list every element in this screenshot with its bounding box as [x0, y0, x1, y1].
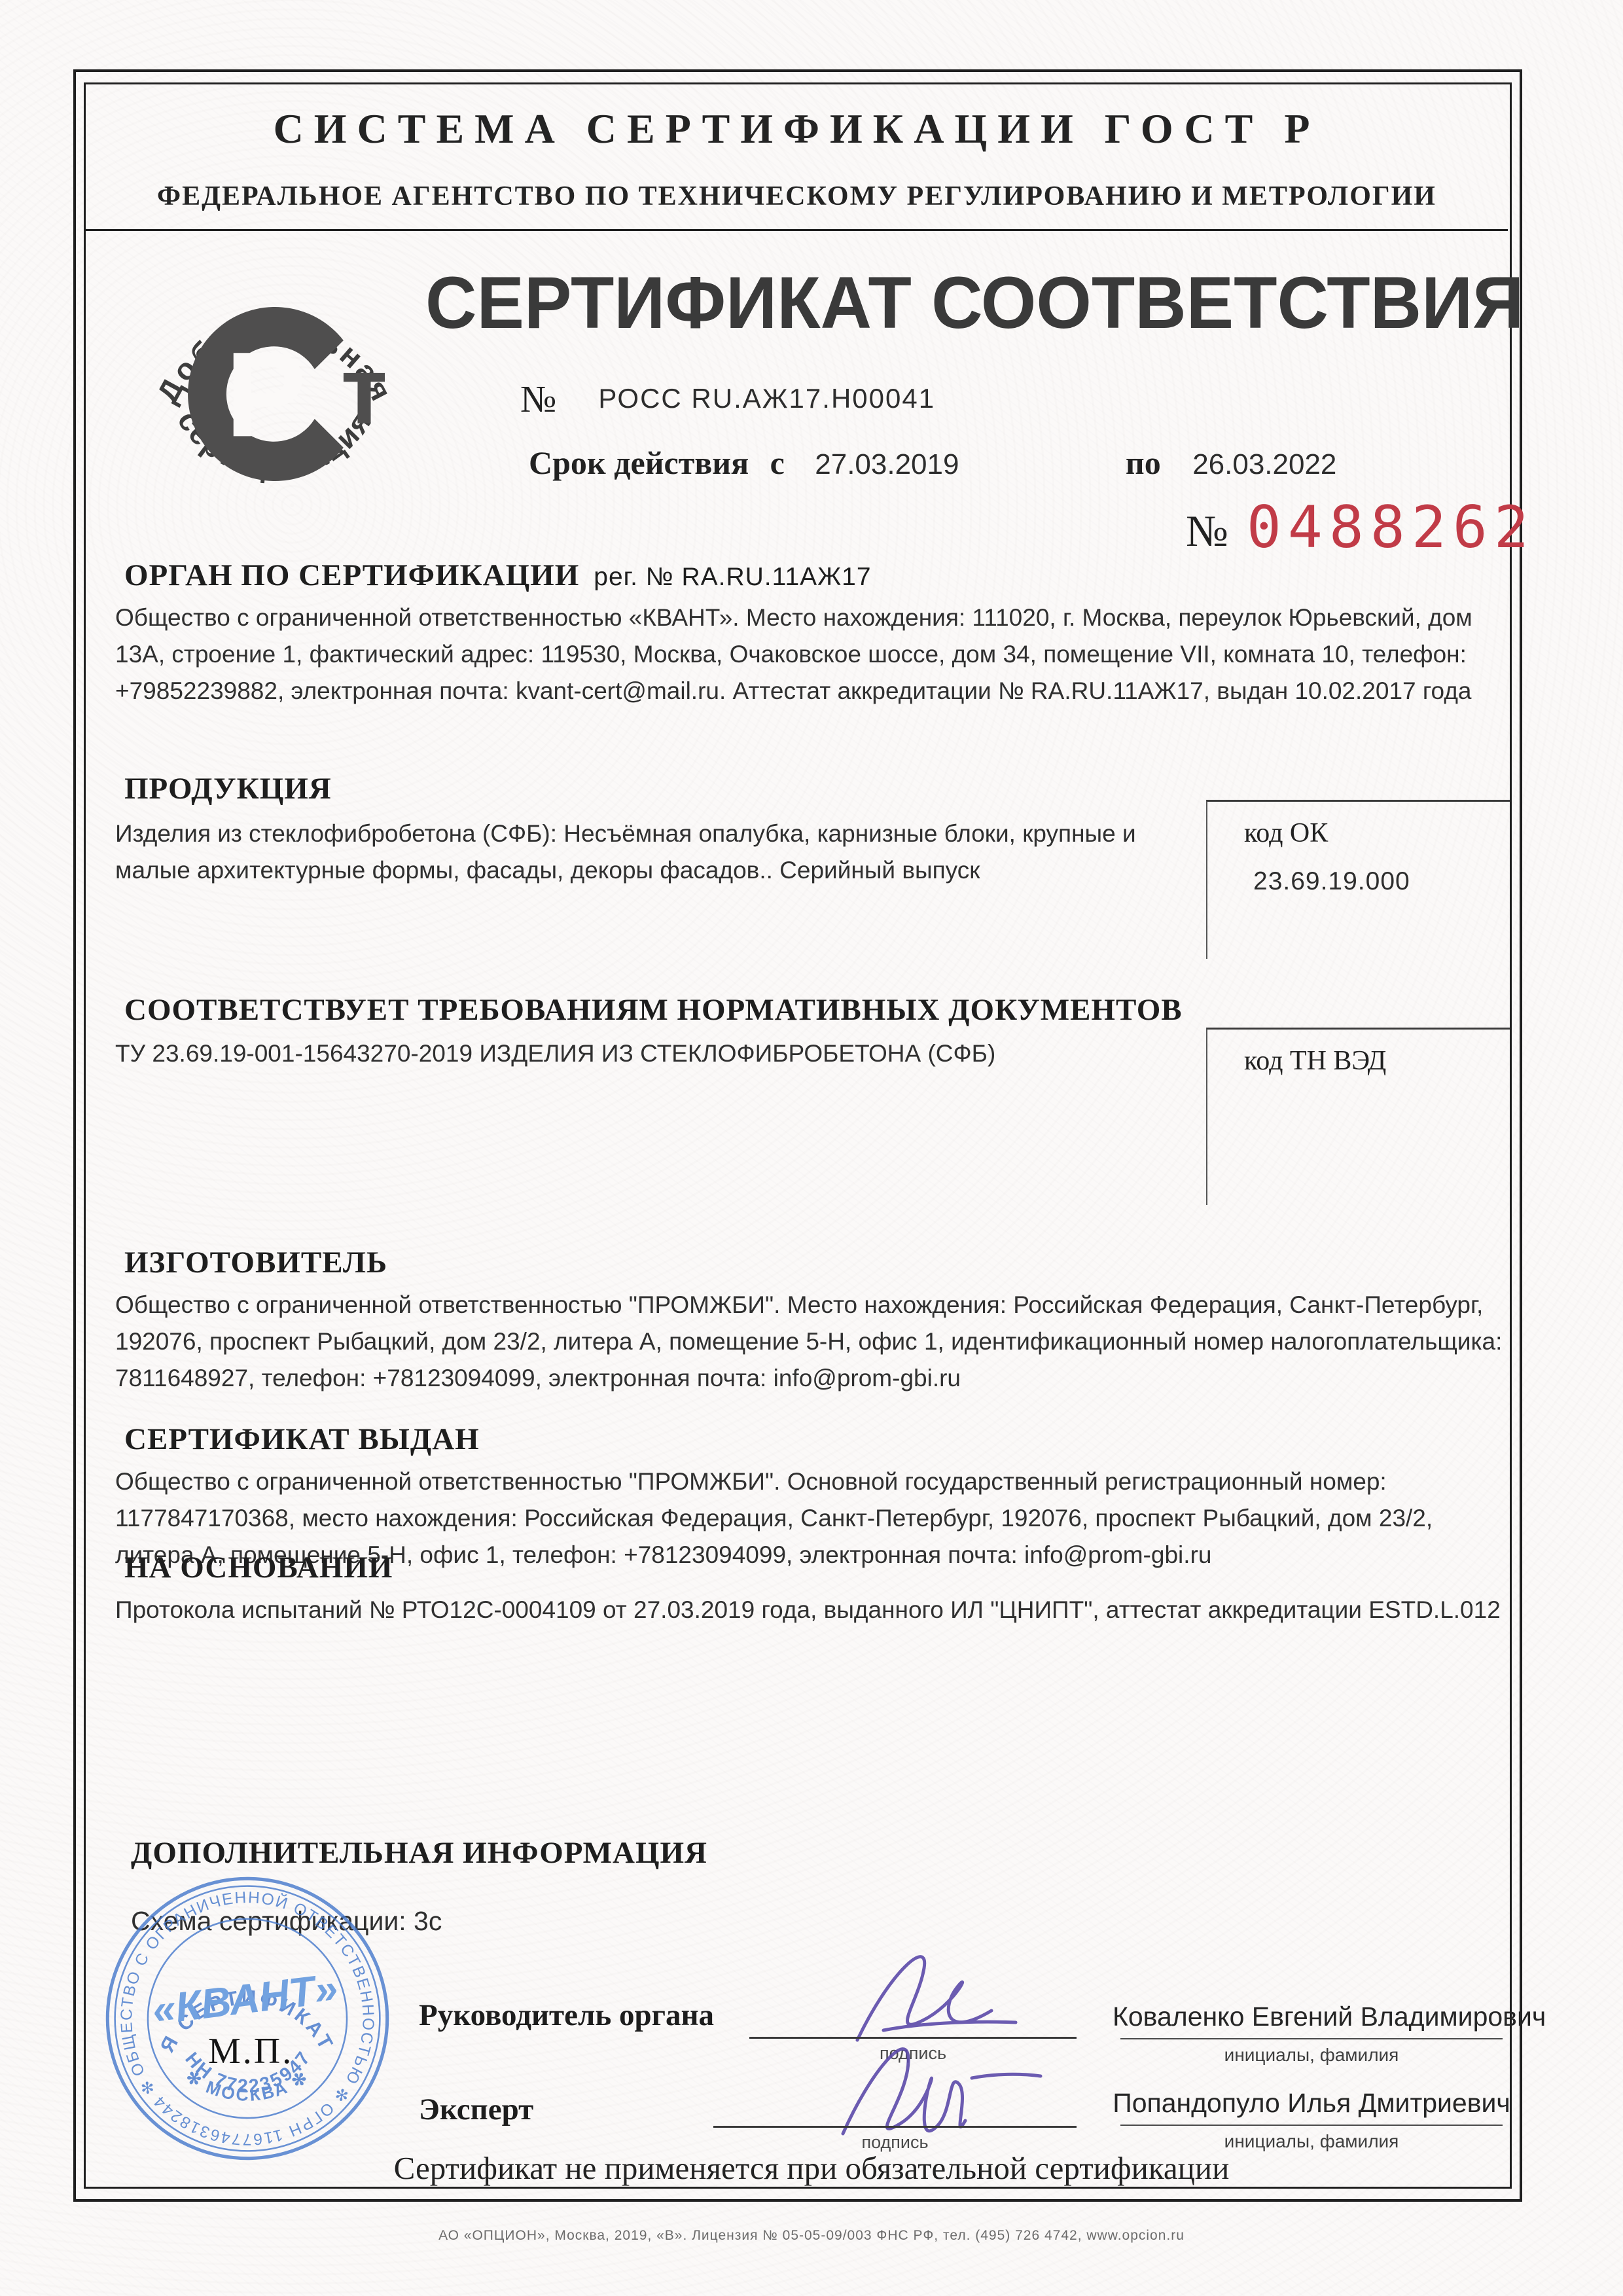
compliance-section-text: ТУ 23.69.19-001-15643270-2019 ИЗДЕЛИЯ ИЗ…	[115, 1035, 1195, 1072]
mp-seal-placeholder: М.П.	[208, 2030, 293, 2072]
code-tnved-box: код ТН ВЭД	[1206, 1028, 1510, 1205]
validity-to-label: по	[1126, 444, 1161, 481]
code-ok-value: 23.69.19.000	[1207, 849, 1510, 896]
rst-letter-p: Р	[225, 327, 306, 462]
agency-title: ФЕДЕРАЛЬНОЕ АГЕНТСТВО ПО ТЕХНИЧЕСКОМУ РЕ…	[86, 181, 1508, 212]
expert-role-label: Эксперт	[419, 2092, 533, 2127]
head-name-caption: инициалы, фамилия	[1120, 2045, 1503, 2066]
blank-number-row: №0488262	[1186, 492, 1535, 560]
basis-section-text: Протокола испытаний № РТО12С-0004109 от …	[115, 1592, 1504, 1628]
basis-section-heading: НА ОСНОВАНИИ	[124, 1550, 393, 1585]
kvant-round-stamp: ОБЩЕСТВО С ОГРАНИЧЕННОЙ ОТВЕТСТВЕННОСТЬЮ…	[99, 1871, 395, 2166]
validity-to-date: 26.03.2022	[1192, 448, 1336, 480]
certificate-number-row: №РОСС RU.АЖ17.Н00041	[520, 377, 935, 421]
validity-from-label: с	[770, 444, 785, 481]
product-section-text: Изделия из стеклофибробетона (СФБ): Несъ…	[115, 816, 1195, 889]
header-divider	[86, 229, 1508, 231]
product-section-heading: ПРОДУКЦИЯ	[124, 771, 332, 806]
validity-from-date: 27.03.2019	[815, 448, 959, 480]
code-ok-label: код ОК	[1207, 802, 1510, 849]
manufacturer-section-text: Общество с ограниченной ответственностью…	[115, 1287, 1504, 1397]
issued-section-heading: СЕРТИФИКАТ ВЫДАН	[124, 1422, 480, 1457]
certificate-number: РОСС RU.АЖ17.Н00041	[598, 383, 935, 414]
org-heading-text: ОРГАН ПО СЕРТИФИКАЦИИ	[124, 558, 579, 592]
org-reg-number: рег. № RA.RU.11АЖ17	[594, 563, 871, 591]
org-section-text: Общество с ограниченной ответственностью…	[115, 600, 1504, 710]
manufacturer-section-heading: ИЗГОТОВИТЕЛЬ	[124, 1245, 387, 1280]
additional-section-heading: ДОПОЛНИТЕЛЬНАЯ ИНФОРМАЦИЯ	[131, 1835, 707, 1871]
head-name-line	[1120, 2038, 1503, 2039]
expert-name-line	[1120, 2125, 1503, 2126]
system-title: СИСТЕМА СЕРТИФИКАЦИИ ГОСТ Р	[86, 105, 1508, 153]
validity-label: Срок действия	[529, 444, 749, 481]
compliance-section-heading: СООТВЕТСТВУЕТ ТРЕБОВАНИЯМ НОРМАТИВНЫХ ДО…	[124, 992, 1183, 1028]
code-ok-box: код ОК 23.69.19.000	[1206, 800, 1510, 959]
number-sign: №	[520, 378, 556, 420]
head-name: Коваленко Евгений Владимирович	[1113, 2001, 1510, 2032]
code-tnved-label: код ТН ВЭД	[1207, 1030, 1510, 1077]
expert-signature-line	[713, 2126, 1077, 2128]
certificate-title: СЕРТИФИКАТ СООТВЕТСТВИЯ	[425, 260, 1467, 345]
blank-number-sign: №	[1186, 506, 1228, 556]
rst-letter-t: т	[341, 337, 387, 444]
org-section-heading: ОРГАН ПО СЕРТИФИКАЦИИрег. № RA.RU.11АЖ17	[124, 558, 872, 593]
head-role-label: Руководитель органа	[419, 1998, 714, 2033]
expert-name: Попандопуло Илья Дмитриевич	[1113, 2088, 1510, 2119]
printer-imprint: АО «ОПЦИОН», Москва, 2019, «В». Лицензия…	[0, 2228, 1623, 2244]
mandatory-certification-notice: Сертификат не применяется при обязательн…	[262, 2149, 1361, 2187]
validity-row: Срок действия с 27.03.2019 по 26.03.2022	[529, 444, 1336, 482]
rst-certification-mark-icon: Добровольная сертификация Р т	[134, 257, 416, 531]
blank-number-value: 0488262	[1247, 493, 1535, 561]
